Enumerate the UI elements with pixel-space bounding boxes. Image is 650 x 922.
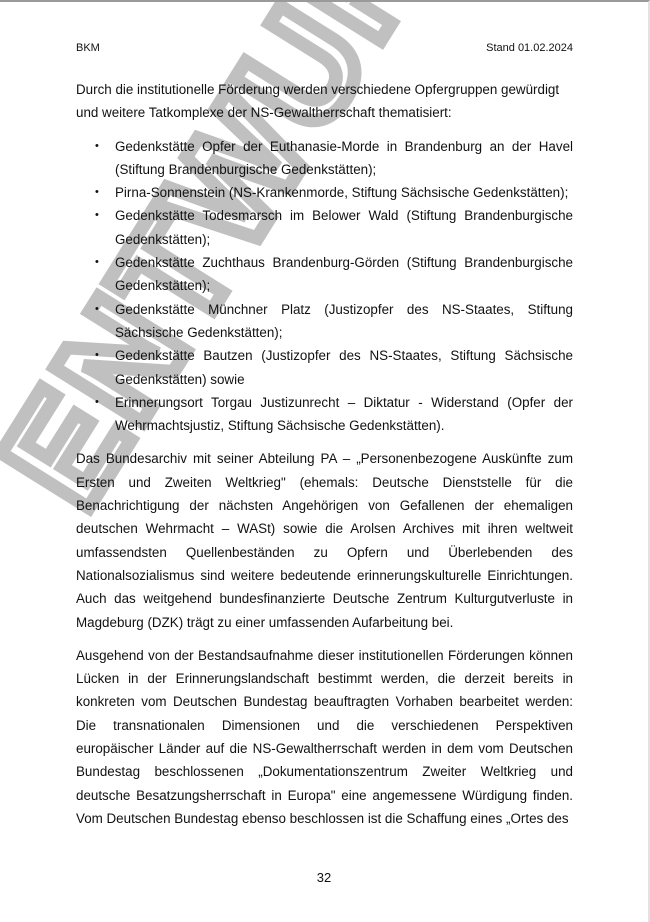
list-item: •Pirna-Sonnenstein (NS-Krankenmorde, Sti… bbox=[76, 181, 573, 204]
gaps-paragraph: Ausgehend von der Bestandsaufnahme diese… bbox=[76, 644, 573, 830]
bundesarchiv-paragraph: Das Bundesarchiv mit seiner Abteilung PA… bbox=[76, 447, 573, 633]
bullet-icon: • bbox=[95, 391, 99, 414]
page-body: Durch die institutionelle Förderung werd… bbox=[76, 78, 573, 830]
intro-paragraph: Durch die institutionelle Förderung werd… bbox=[76, 78, 573, 125]
memorial-list: •Gedenkstätte Opfer der Euthanasie-Morde… bbox=[76, 135, 573, 438]
list-item: •Gedenkstätte Opfer der Euthanasie-Morde… bbox=[76, 135, 573, 182]
bullet-icon: • bbox=[95, 251, 99, 274]
bullet-icon: • bbox=[95, 204, 99, 227]
bullet-icon: • bbox=[95, 135, 99, 158]
list-item: •Gedenkstätte Zuchthaus Brandenburg-Görd… bbox=[76, 251, 573, 298]
page-number: 32 bbox=[0, 870, 648, 885]
list-item: •Gedenkstätte Todesmarsch im Belower Wal… bbox=[76, 204, 573, 251]
header-date: Stand 01.02.2024 bbox=[486, 42, 573, 54]
bullet-icon: • bbox=[95, 181, 99, 204]
bullet-icon: • bbox=[95, 344, 99, 367]
header-organization: BKM bbox=[76, 42, 100, 54]
page-header: BKM Stand 01.02.2024 bbox=[76, 42, 573, 54]
list-item: •Erinnerungsort Torgau Justizunrecht – D… bbox=[76, 391, 573, 438]
document-page: BKM Stand 01.02.2024 ENTWURF Durch die i… bbox=[0, 0, 650, 922]
list-item: •Gedenkstätte Bautzen (Justizopfer des N… bbox=[76, 344, 573, 391]
list-item: •Gedenkstätte Münchner Platz (Justizopfe… bbox=[76, 298, 573, 345]
bullet-icon: • bbox=[95, 298, 99, 321]
